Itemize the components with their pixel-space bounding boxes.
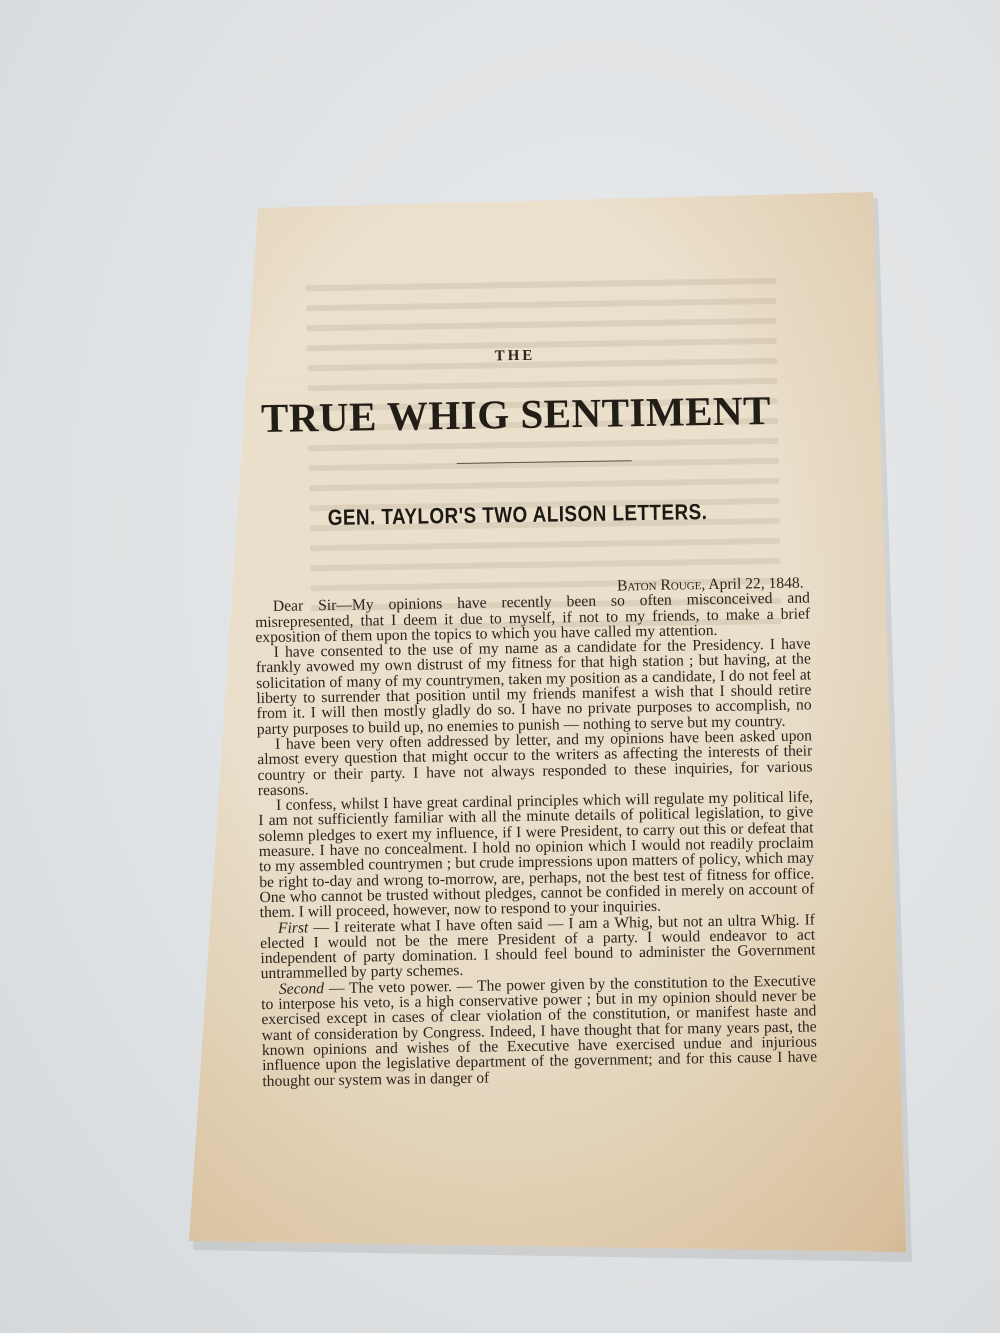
pamphlet-title: TRUE WHIG SENTIMENT [216, 385, 817, 442]
paragraph-text: I confess, whilst I have great cardinal … [258, 789, 814, 922]
paragraph: I confess, whilst I have great cardinal … [258, 790, 815, 921]
paragraph-text: — I reiterate what I have often said — I… [260, 911, 815, 983]
paragraph-text: I have consented to the use of my name a… [256, 636, 812, 738]
paragraph: First — I reiterate what I have often sa… [260, 912, 816, 982]
paragraph: I have consented to the use of my name a… [256, 637, 812, 737]
paragraph: Second — The veto power. — The power giv… [261, 973, 818, 1089]
paragraph-text: I have been very often addressed by lett… [257, 727, 812, 799]
paragraph: I have been very often addressed by lett… [257, 728, 813, 798]
photo-scene: THE TRUE WHIG SENTIMENT GEN. TAYLOR'S TW… [0, 0, 1000, 1333]
letter-body: Baton Rouge, April 22, 1848. Dear Sir—My… [255, 575, 818, 1088]
paragraph-text: — The veto power. — The power given by t… [261, 972, 817, 1089]
